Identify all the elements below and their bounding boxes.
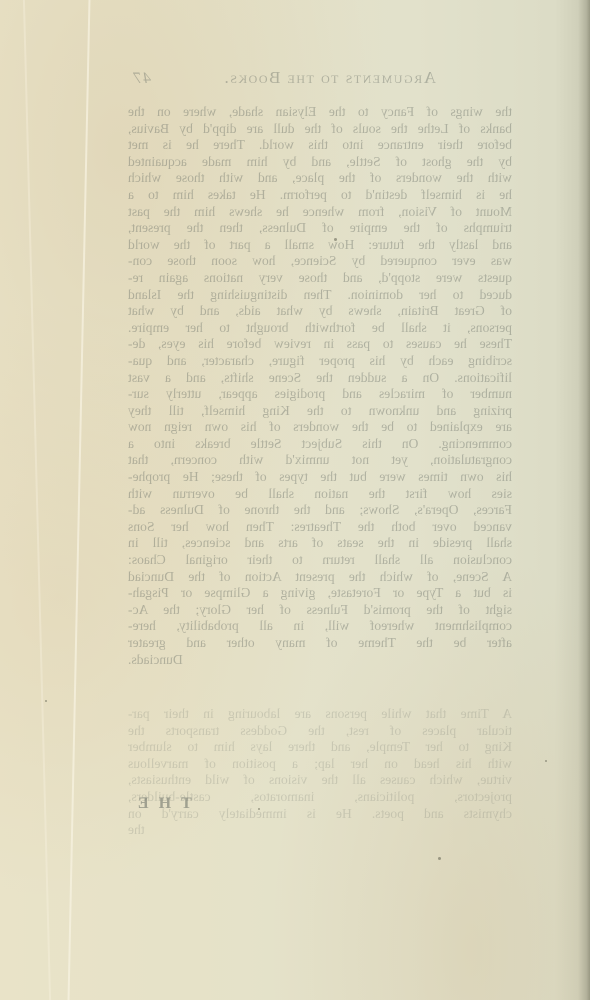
text-line: number of miracles and prodigies appear,…: [128, 386, 512, 403]
text-line: sight of the promis'd Fulness of her Glo…: [128, 602, 512, 619]
scanned-page: Arguments to the Books. 47 the wings of …: [0, 0, 590, 1000]
paper-crease: [68, 0, 91, 1000]
bleed-line: ticular places of rest, the Goddess tran…: [128, 723, 512, 740]
text-line: prizing and unknown to the King himself,…: [128, 403, 512, 420]
running-head: Arguments to the Books. 47: [128, 68, 512, 98]
bleed-line: the: [128, 822, 512, 839]
text-line: was ever conquered by Science, how soon …: [128, 253, 512, 270]
page-edge-shadow: [578, 0, 590, 1000]
bleed-line: A Time that while persons are labouring …: [128, 706, 512, 723]
paper-speck: [438, 857, 441, 860]
text-line: after be the Theme of many other and gre…: [128, 635, 512, 652]
text-line: by the ghost of Settle, and by him made …: [128, 154, 512, 171]
text-line: congratulation, yet not unmix'd with con…: [128, 452, 512, 469]
text-line: Dunciads.: [128, 652, 512, 669]
text-line: scribing each by his proper figure, char…: [128, 353, 512, 370]
bleed-line: virtue, which causes all the visions of …: [128, 772, 512, 789]
text-line: conclusion all shall return to their ori…: [128, 552, 512, 569]
text-line: commencing. On this Subject Settle break…: [128, 436, 512, 453]
text-line: before their entrance into this world. T…: [128, 137, 512, 154]
running-head-title: Arguments to the Books.: [151, 68, 508, 88]
text-line: shall preside in the seats of arts and s…: [128, 535, 512, 552]
text-line: with the wonders of the place, and with …: [128, 170, 512, 187]
text-line: Farces, Opera's, Shows; and the throne o…: [128, 502, 512, 519]
text-line: quests were stopp'd, and those very nati…: [128, 270, 512, 287]
paper-speck: [545, 760, 547, 762]
bleed-line: King to her Temple, and there lays him t…: [128, 739, 512, 756]
body-text: the wings of Fancy to the Elysian shade,…: [128, 104, 512, 668]
text-line: are explained to be the wonders of his o…: [128, 419, 512, 436]
bleed-through-text-block: Arguments to the Books. 47 the wings of …: [128, 68, 512, 668]
text-line: is but a Type or Foretaste, giving a Gli…: [128, 585, 512, 602]
text-line: Mount of Vision, from whence he shews hi…: [128, 204, 512, 221]
text-line: his own times were but the types of thes…: [128, 469, 512, 486]
paper-speck: [45, 700, 47, 702]
text-line: sies how first the nation shall be overr…: [128, 486, 512, 503]
text-line: complishment whereof will, in all probab…: [128, 618, 512, 635]
text-line: banks of Lethe the souls of the dull are…: [128, 121, 512, 138]
text-line: triumphs of the empire of Dulness, then …: [128, 220, 512, 237]
opposite-page-bleed-text: A Time that while persons are labouring …: [128, 706, 512, 839]
text-line: of Great Britain, shews by what aids, an…: [128, 303, 512, 320]
page-number: 47: [132, 70, 151, 88]
text-line: vanced over both the Theatres: Then how …: [128, 519, 512, 536]
text-line: the wings of Fancy to the Elysian shade,…: [128, 104, 512, 121]
text-line: duced to her dominion. Then distinguishi…: [128, 287, 512, 304]
text-line: A Scene, of which the present Action of …: [128, 569, 512, 586]
text-line: and lastly the future: How small a part …: [128, 237, 512, 254]
text-line: he is himself destin'd to perform. He ta…: [128, 187, 512, 204]
bleed-line: with his head on her lap; a position of …: [128, 756, 512, 773]
text-line: lifications. On a sudden the Scene shift…: [128, 370, 512, 387]
paper-crease: [23, 0, 51, 1000]
text-line: persons, it shall be forthwith brought t…: [128, 320, 512, 337]
text-line: These he causes to pass in review before…: [128, 336, 512, 353]
catchword: THE: [128, 795, 192, 813]
